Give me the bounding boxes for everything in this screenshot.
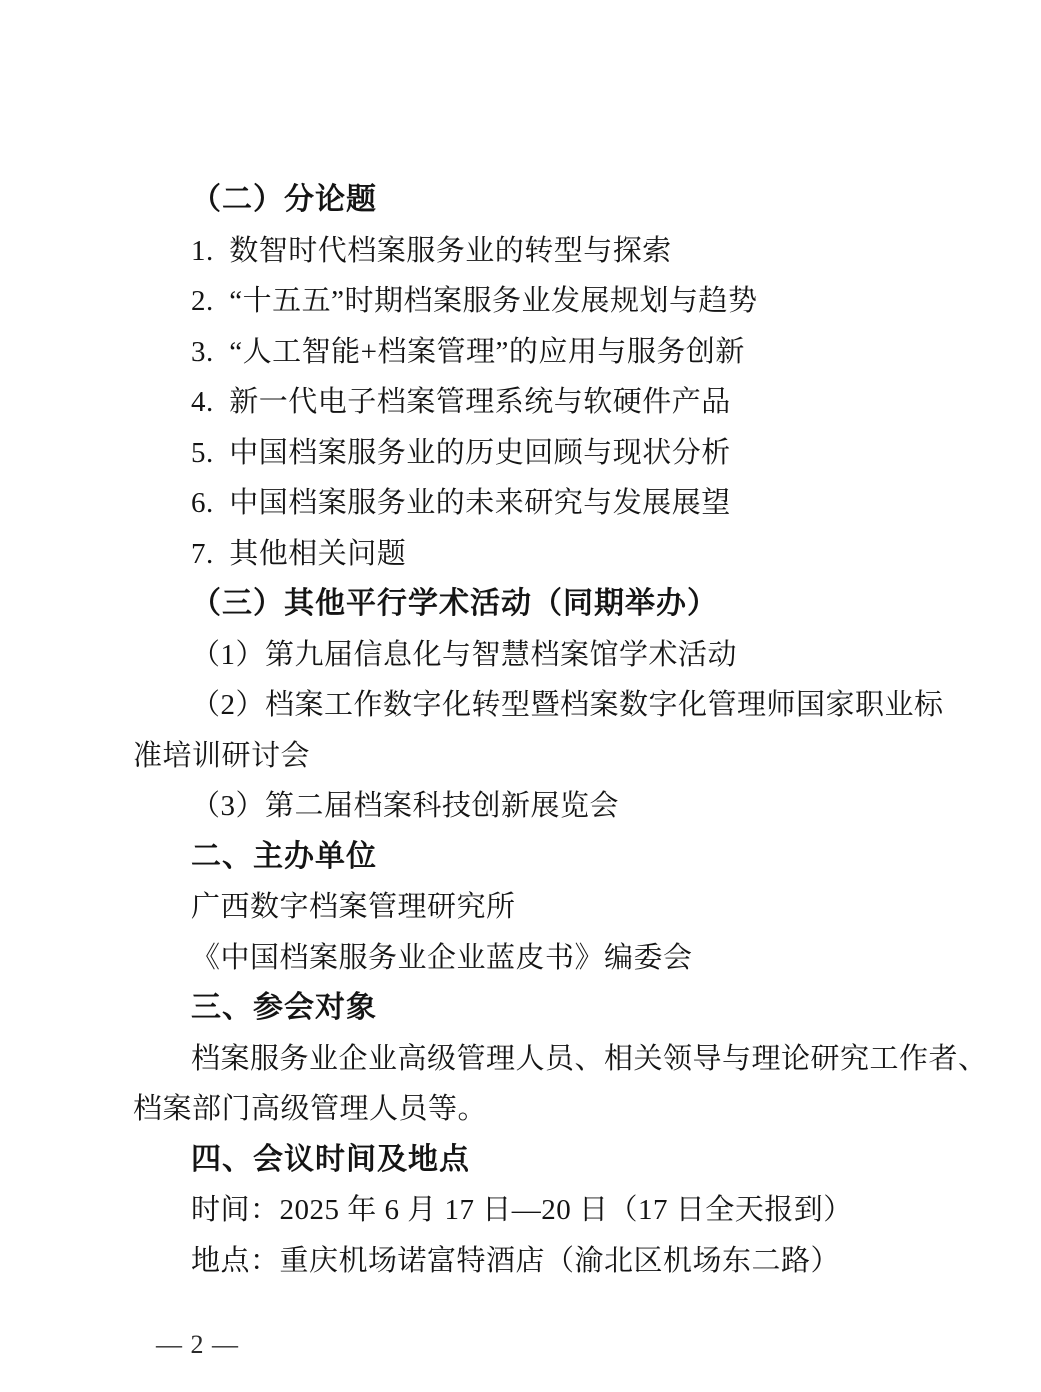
- paragraph-17: 档案服务业企业高级管理人员、相关领导与理论研究工作者、档案部门高级管理人员等。: [133, 1034, 943, 1135]
- paragraph-15: 《中国档案服务业企业蓝皮书》编委会: [133, 933, 943, 984]
- paragraph-6: 5. 中国档案服务业的历史回顾与现状分析: [133, 428, 943, 479]
- page-number: — 2 —: [156, 1330, 239, 1360]
- document-page: （二）分论题1. 数智时代档案服务业的转型与探索2. “十五五”时期档案服务业发…: [0, 0, 1041, 1392]
- text-line: 1. 数智时代档案服务业的转型与探索: [133, 226, 943, 277]
- heading-line: 三、参会对象: [133, 983, 943, 1034]
- text-line: 2. “十五五”时期档案服务业发展规划与趋势: [133, 276, 943, 327]
- paragraph-11: （2）档案工作数字化转型暨档案数字化管理师国家职业标准培训研讨会: [133, 680, 943, 781]
- paragraph-16: 三、参会对象: [133, 983, 943, 1034]
- text-line: 6. 中国档案服务业的未来研究与发展展望: [133, 478, 943, 529]
- paragraph-9: （三）其他平行学术活动（同期举办）: [133, 579, 943, 630]
- paragraph-18: 四、会议时间及地点: [133, 1135, 943, 1186]
- paragraph-5: 4. 新一代电子档案管理系统与软硬件产品: [133, 377, 943, 428]
- paragraph-7: 6. 中国档案服务业的未来研究与发展展望: [133, 478, 943, 529]
- paragraph-19: 时间：2025 年 6 月 17 日—20 日（17 日全天报到）: [133, 1185, 943, 1236]
- text-line: 时间：2025 年 6 月 17 日—20 日（17 日全天报到）: [133, 1185, 943, 1236]
- paragraph-8: 7. 其他相关问题: [133, 529, 943, 580]
- paragraph-14: 广西数字档案管理研究所: [133, 882, 943, 933]
- heading-line: （二）分论题: [133, 175, 943, 226]
- text-line: 档案服务业企业高级管理人员、相关领导与理论研究工作者、: [133, 1034, 943, 1085]
- heading-line: （三）其他平行学术活动（同期举办）: [133, 579, 943, 630]
- paragraph-12: （3）第二届档案科技创新展览会: [133, 781, 943, 832]
- paragraph-10: （1）第九届信息化与智慧档案馆学术活动: [133, 630, 943, 681]
- paragraph-2: 1. 数智时代档案服务业的转型与探索: [133, 226, 943, 277]
- text-line: 3. “人工智能+档案管理”的应用与服务创新: [133, 327, 943, 378]
- text-line: 《中国档案服务业企业蓝皮书》编委会: [133, 933, 943, 984]
- text-line: （1）第九届信息化与智慧档案馆学术活动: [133, 630, 943, 681]
- text-line: 7. 其他相关问题: [133, 529, 943, 580]
- text-line: 4. 新一代电子档案管理系统与软硬件产品: [133, 377, 943, 428]
- heading-line: 二、主办单位: [133, 832, 943, 883]
- text-line: （2）档案工作数字化转型暨档案数字化管理师国家职业标: [133, 680, 943, 731]
- paragraph-13: 二、主办单位: [133, 832, 943, 883]
- text-line: 档案部门高级管理人员等。: [133, 1084, 943, 1135]
- document-body: （二）分论题1. 数智时代档案服务业的转型与探索2. “十五五”时期档案服务业发…: [133, 175, 943, 1286]
- paragraph-4: 3. “人工智能+档案管理”的应用与服务创新: [133, 327, 943, 378]
- text-line: 广西数字档案管理研究所: [133, 882, 943, 933]
- heading-line: 四、会议时间及地点: [133, 1135, 943, 1186]
- text-line: 地点：重庆机场诺富特酒店（渝北区机场东二路）: [133, 1236, 943, 1287]
- paragraph-20: 地点：重庆机场诺富特酒店（渝北区机场东二路）: [133, 1236, 943, 1287]
- paragraph-3: 2. “十五五”时期档案服务业发展规划与趋势: [133, 276, 943, 327]
- paragraph-1: （二）分论题: [133, 175, 943, 226]
- text-line: 5. 中国档案服务业的历史回顾与现状分析: [133, 428, 943, 479]
- text-line: 准培训研讨会: [133, 731, 943, 782]
- text-line: （3）第二届档案科技创新展览会: [133, 781, 943, 832]
